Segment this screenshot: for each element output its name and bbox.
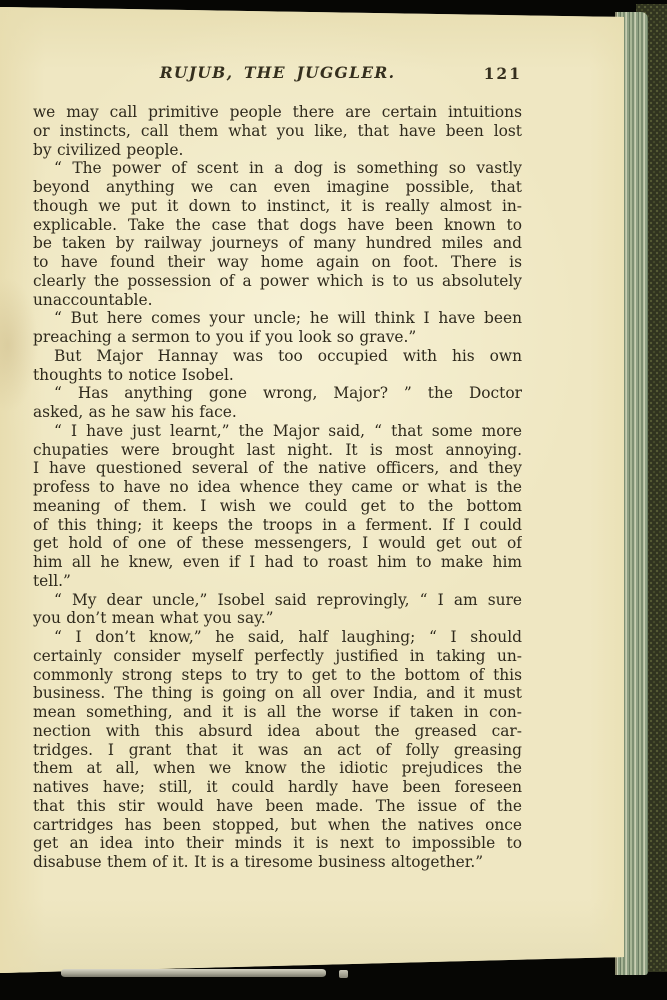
text-line: though we put it down to instinct, it is… xyxy=(33,197,522,216)
text-line: disabuse them of it. It is a tiresome bu… xyxy=(33,853,522,872)
running-title: RUJUB, THE JUGGLER. xyxy=(33,63,522,82)
text-line: asked, as he saw his face. xyxy=(33,403,522,422)
text-line: be taken by railway journeys of many hun… xyxy=(33,234,522,253)
paragraph: But Major Hannay was too occupied with h… xyxy=(33,347,522,385)
text-line: meaning of them. I wish we could get to … xyxy=(33,497,522,516)
text-line: I have questioned several of the native … xyxy=(33,459,522,478)
text-line: “ My dear uncle,” Isobel said reprovingl… xyxy=(33,591,522,610)
page-holder-bar xyxy=(61,969,326,977)
paragraph: “ I don’t know,” he said, half laughing;… xyxy=(33,628,522,872)
text-line: profess to have no idea whence they came… xyxy=(33,478,522,497)
paragraph: “ Has anything gone wrong, Major? ” the … xyxy=(33,384,522,422)
text-line: business. The thing is going on all over… xyxy=(33,684,522,703)
text-line: get an idea into their minds it is next … xyxy=(33,834,522,853)
paragraph: “ My dear uncle,” Isobel said reprovingl… xyxy=(33,591,522,629)
text-line: “ But here comes your uncle; he will thi… xyxy=(33,309,522,328)
photo-background: RUJUB, THE JUGGLER. 121 we may call prim… xyxy=(0,0,667,1000)
text-line: “ The power of scent in a dog is somethi… xyxy=(33,159,522,178)
text-line: natives have; still, it could hardly hav… xyxy=(33,778,522,797)
text-line: by civilized people. xyxy=(33,141,522,160)
text-line: them at all, when we know the idiotic pr… xyxy=(33,759,522,778)
text-line: or instincts, call them what you like, t… xyxy=(33,122,522,141)
text-line: certainly consider myself perfectly just… xyxy=(33,647,522,666)
paragraph: we may call primitive people there are c… xyxy=(33,103,522,159)
text-line: get hold of one of these messengers, I w… xyxy=(33,534,522,553)
text-line: him all he knew, even if I had to roast … xyxy=(33,553,522,572)
text-line: preaching a sermon to you if you look so… xyxy=(33,328,522,347)
text-line: tell.” xyxy=(33,572,522,591)
book-page: RUJUB, THE JUGGLER. 121 we may call prim… xyxy=(0,0,624,978)
text-line: mean something, and it is all the worse … xyxy=(33,703,522,722)
page-number: 121 xyxy=(484,64,522,83)
text-line: thoughts to notice Isobel. xyxy=(33,366,522,385)
text-line: chupaties were brought last night. It is… xyxy=(33,441,522,460)
text-block: we may call primitive people there are c… xyxy=(33,103,522,872)
text-line: “ I don’t know,” he said, half laughing;… xyxy=(33,628,522,647)
text-line: “ Has anything gone wrong, Major? ” the … xyxy=(33,384,522,403)
text-line: unaccountable. xyxy=(33,291,522,310)
text-line: But Major Hannay was too occupied with h… xyxy=(33,347,522,366)
text-line: nection with this absurd idea about the … xyxy=(33,722,522,741)
text-line: explicable. Take the case that dogs have… xyxy=(33,216,522,235)
text-line: beyond anything we can even imagine poss… xyxy=(33,178,522,197)
text-line: “ I have just learnt,” the Major said, “… xyxy=(33,422,522,441)
text-line: cartridges has been stopped, but when th… xyxy=(33,816,522,835)
running-head: RUJUB, THE JUGGLER. 121 xyxy=(33,63,522,87)
text-line: of this thing; it keeps the troops in a … xyxy=(33,516,522,535)
text-line: to have found their way home again on fo… xyxy=(33,253,522,272)
text-line: you don’t mean what you say.” xyxy=(33,609,522,628)
text-line: tridges. I grant that it was an act of f… xyxy=(33,741,522,760)
text-line: we may call primitive people there are c… xyxy=(33,103,522,122)
text-line: commonly strong steps to try to get to t… xyxy=(33,666,522,685)
text-line: clearly the possession of a power which … xyxy=(33,272,522,291)
text-line: that this stir would have been made. The… xyxy=(33,797,522,816)
paragraph: “ I have just learnt,” the Major said, “… xyxy=(33,422,522,591)
paragraph: “ The power of scent in a dog is somethi… xyxy=(33,159,522,309)
paragraph: “ But here comes your uncle; he will thi… xyxy=(33,309,522,347)
